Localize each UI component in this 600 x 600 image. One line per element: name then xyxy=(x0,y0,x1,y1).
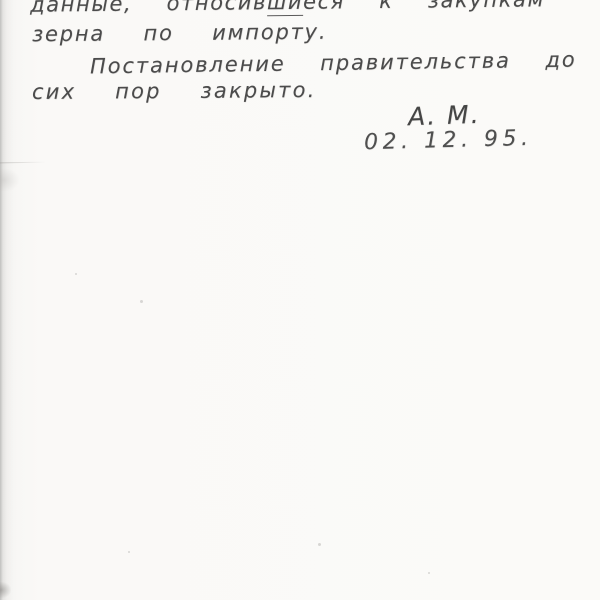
paper-speck xyxy=(75,273,77,275)
scan-artifact-bottom-left xyxy=(0,582,11,598)
handwritten-line-3: Постановление правительства до xyxy=(90,48,577,79)
line1-text-pre: данные, относив xyxy=(30,0,267,17)
paper-crease xyxy=(0,162,46,164)
paper-speck xyxy=(140,300,143,303)
line1-underlined-text: ши xyxy=(267,0,303,16)
handwritten-line-2: зерна по импорту. xyxy=(32,20,327,47)
scanned-page: данные, относившиеся к закупкам зерна по… xyxy=(0,0,600,600)
handwritten-line-4: сих пор закрыто. xyxy=(32,78,317,104)
paper-smudge xyxy=(0,168,20,192)
paper-speck xyxy=(318,543,321,546)
paper-speck xyxy=(428,572,430,574)
handwritten-date: 02. 12. 95. xyxy=(364,126,533,155)
handwritten-line-1: данные, относившиеся к закупкам xyxy=(30,0,545,17)
paper-speck xyxy=(128,551,130,553)
line1-text-post: еся к закупкам xyxy=(303,0,545,14)
scan-edge-shadow xyxy=(0,0,14,600)
